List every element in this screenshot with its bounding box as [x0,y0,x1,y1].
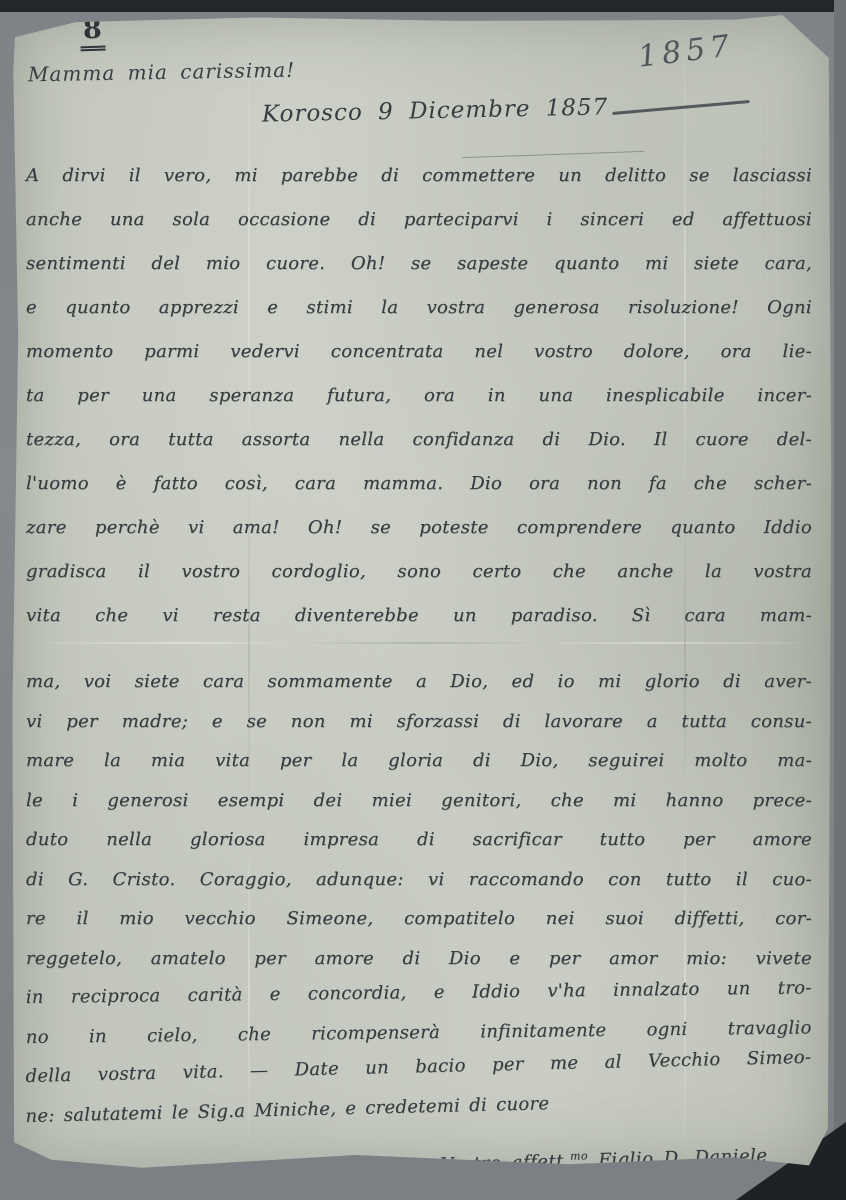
signature-middle: Figlio [598,1148,654,1171]
letter-body: A dirvi il vero, mi parebbe di commetter… [26,154,812,1173]
signature-prefix: Vostro affett. [440,1151,570,1176]
archive-page-number: 8 [79,14,105,52]
letter-line: zare perchè vi ama! Oh! se poteste compr… [26,506,812,550]
letter-line: di G. Cristo. Coraggio, adunque: vi racc… [26,860,812,900]
letter-line: vita che vi resta diventerebbe un paradi… [26,594,812,638]
letter-line: sentimenti del mio cuore. Oh! se sapeste… [26,242,812,286]
letter-line: ma, voi siete cara sommamente a Dio, ed … [26,662,812,702]
signature-superscript: mo [570,1149,588,1162]
letter-line: tezza, ora tutta assorta nella confidanz… [26,418,812,462]
dateline-place: Korosco [262,100,363,128]
dateline-day-month: 9 Dicembre [378,96,531,125]
salutation: Mamma mia carissima! [28,58,296,87]
pencil-year-underline [612,100,750,115]
photo-right-edge [834,0,846,1200]
signature-name: D. Daniele [663,1145,767,1172]
letter-body-upper: A dirvi il vero, mi parebbe di commetter… [26,154,812,638]
letter-line: momento parmi vedervi concentrata nel vo… [26,330,812,374]
letter-line: anche una sola occasione di parteciparvi… [26,198,812,242]
dateline-year: 1857 [546,94,609,121]
letter-line: A dirvi il vero, mi parebbe di commetter… [26,154,812,198]
letter-line: e quanto apprezzi e stimi la vostra gene… [26,286,812,330]
pencil-year-annotation: 1857 [636,28,736,74]
letter-paper: 8 Mamma mia carissima! 1857 Korosco 9 Di… [10,14,832,1170]
letter-line: re il mio vecchio Simeone, compatitelo n… [26,899,812,939]
letter-line: duto nella gloriosa impresa di sacrifica… [26,820,812,860]
letter-line: le i generosi esempi dei miei genitori, … [26,781,812,821]
dateline: Korosco 9 Dicembre 1857 [262,94,609,127]
letter-line: l'uomo è fatto così, cara mamma. Dio ora… [26,462,812,506]
letter-line: ta per una speranza futura, ora in una i… [26,374,812,418]
letter-body-lower: ma, voi siete cara sommamente a Dio, ed … [26,662,812,1136]
signature-line: Vostro affett.mo Figlio D. Daniele [25,1132,812,1195]
letter-line: mare la mia vita per la gloria di Dio, s… [26,741,812,781]
letter-line: vi per madre; e se non mi sforzassi di l… [26,702,812,742]
photo-top-edge [0,0,846,12]
letter-line: gradisca il vostro cordoglio, sono certo… [26,550,812,594]
